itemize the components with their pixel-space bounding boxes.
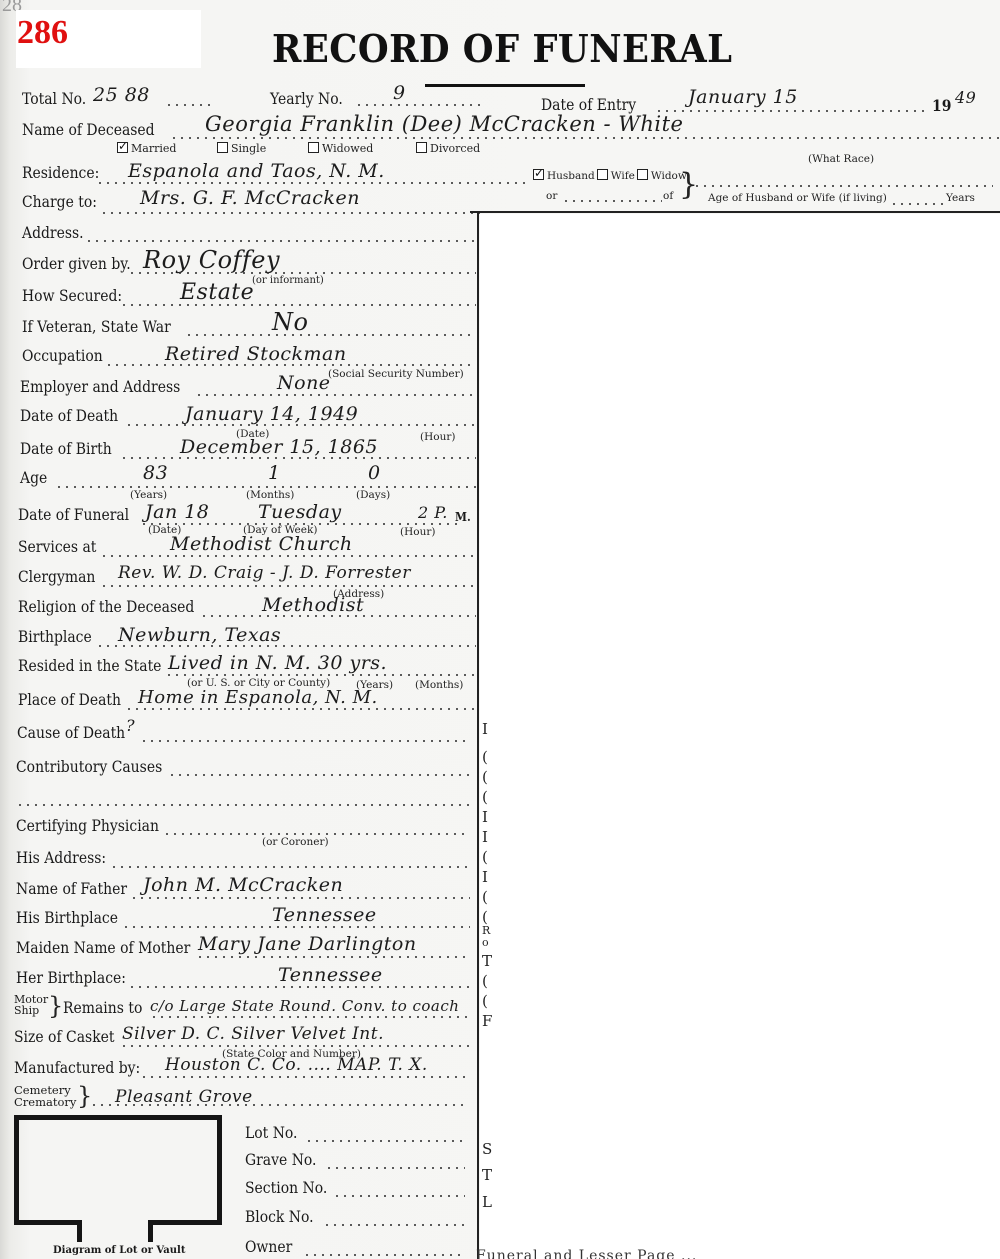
order-given-by-value: Roy Coffey [143,246,280,274]
maiden-name-of-mother-label: Maiden Name of Mother [16,939,190,957]
single-label: Single [231,142,266,155]
motor-ship-prefix: Motor Ship [14,994,48,1016]
diagram-leg-left [77,1220,82,1242]
funeral-day-value: Tuesday [258,501,342,523]
motor-ship-brace: } [48,994,63,1018]
spouse-dots [693,185,993,187]
entry-year-suffix: 49 [955,88,976,107]
ssn-caption: (Social Security Number) [328,368,464,380]
clergyman-dots [100,585,476,587]
funeral-hour-caption: (Hour) [400,526,435,538]
widowed-label: Widowed [322,142,373,155]
right-stub: I [482,720,488,738]
wife-label: Wife [611,170,635,182]
religion-label: Religion of the Deceased [18,598,194,616]
total-no-dots [165,104,213,106]
document-title: RECORD OF FUNERAL [272,26,732,71]
resided-months-caption: (Months) [415,679,463,691]
date-of-death-dots [125,424,476,426]
charge-to-label: Charge to: [22,193,97,211]
her-birthplace-value: Tennessee [278,964,383,986]
name-of-father-value: John M. McCracken [143,874,343,896]
right-stub: I [482,808,488,826]
block-no-dots[interactable] [323,1224,465,1226]
grave-no-label: Grave No. [245,1151,316,1169]
manufactured-by-dots [140,1076,470,1078]
right-stub: ( [482,768,488,786]
her-birthplace-label: Her Birthplace: [16,969,126,987]
cause-of-death-label: Cause of Death [17,724,125,742]
birthplace-dots [96,645,476,647]
date-of-death-value: January 14, 1949 [185,403,358,425]
date-of-birth-label: Date of Birth [20,440,112,458]
section-no-label: Section No. [245,1179,327,1197]
occupation-dots [105,364,476,366]
days-caption: (Days) [356,489,390,501]
crematory-label: Crematory [14,1096,76,1108]
his-birthplace-label: His Birthplace [16,909,118,927]
race-caption: (What Race) [808,153,874,165]
charge-to-dots [100,212,480,214]
right-stub: I [482,828,488,846]
size-of-casket-dots [120,1045,470,1047]
funeral-meridiem: M. [455,510,471,524]
marital-married[interactable]: Married [117,142,176,155]
bottom-cut-text: Funeral and Lesser Page ... [476,1248,697,1259]
residence-label: Residence: [22,164,99,182]
header-rule [470,211,1000,213]
funeral-date-value: Jan 18 [145,501,209,523]
lot-diagram-box [14,1115,222,1225]
services-at-value: Methodist Church [170,533,353,555]
owner-dots[interactable] [303,1254,465,1256]
lot-no-label: Lot No. [245,1124,298,1142]
cemetery-crematory-prefix: Cemetery Crematory [14,1084,76,1108]
death-hour-caption: (Hour) [420,431,455,443]
his-birthplace-dots [122,926,470,928]
date-of-birth-dots [120,457,476,459]
age-label: Age [20,469,47,487]
charge-to-value: Mrs. G. F. McCracken [140,187,360,209]
resided-label: Resided in the State [18,657,161,675]
contributory-causes-dots-2[interactable] [16,804,470,806]
husband-label: Husband [547,170,595,182]
date-of-entry-dots [655,110,930,112]
lot-no-dots[interactable] [305,1140,465,1142]
diagram-leg-right [148,1220,153,1242]
date-of-entry-value: January 15 [688,86,798,108]
husband-checkbox[interactable] [533,169,544,180]
widow-checkbox[interactable] [637,169,648,180]
divorced-checkbox[interactable] [416,142,427,153]
clergyman-label: Clergyman [18,568,95,586]
size-of-casket-value: Silver D. C. Silver Velvet Int. [122,1024,384,1044]
diagram-caption: Diagram of Lot or Vault [53,1245,185,1256]
right-blank-area [480,214,1000,1259]
name-of-deceased-value: Georgia Franklin (Dee) McCracken - White [205,112,683,136]
total-no-label: Total No. [22,90,86,108]
name-of-father-dots [130,897,470,899]
his-birthplace-value: Tennessee [272,904,377,926]
column-divider [477,212,479,1259]
name-of-father-label: Name of Father [16,880,127,898]
years-caption: (Years) [130,489,167,501]
marital-single[interactable]: Single [217,142,266,155]
date-of-funeral-label: Date of Funeral [18,506,129,524]
place-of-death-label: Place of Death [18,691,121,709]
marital-divorced[interactable]: Divorced [416,142,480,155]
widowed-checkbox[interactable] [308,142,319,153]
or-label: or [546,190,557,202]
manufactured-by-value: Houston C. Co. .... MAP. T. X. [165,1055,428,1075]
right-stub: ( [482,748,488,766]
married-label: Married [131,142,176,155]
order-given-by-label: Order given by. [22,255,131,273]
veteran-dots [185,334,476,336]
or-dots [562,200,662,202]
religion-value: Methodist [262,594,364,616]
right-stub: F [482,1012,492,1030]
how-secured-dots [120,304,476,306]
diagram-bottom-left [14,1220,82,1225]
remains-to-label: Remains to [63,999,142,1017]
right-stub: T [482,1166,492,1184]
right-stub: o [482,936,489,949]
his-address-label: His Address: [16,849,106,867]
age-months-value: 1 [268,462,281,484]
name-of-deceased-label: Name of Deceased [22,121,155,139]
age-dots [55,486,476,488]
block-no-label: Block No. [245,1208,314,1226]
contributory-causes-label: Contributory Causes [16,758,162,776]
employer-value: None [277,372,331,394]
married-checkbox[interactable] [117,142,128,153]
name-dots [170,137,1000,139]
cause-of-death-dots[interactable] [140,740,470,742]
veteran-label: If Veteran, State War [22,318,171,336]
place-of-death-dots [125,708,476,710]
funeral-record-page: 28 286 RECORD OF FUNERAL Total No. 25 88… [0,0,1000,1259]
right-stub: I [482,868,488,886]
his-address-dots[interactable] [110,866,470,868]
right-stub: T [482,952,492,970]
cemetery-dots [90,1104,468,1106]
employer-dots [195,394,476,396]
remains-to-value: c/o Large State Round. Conv. to coach [150,997,459,1015]
how-secured-label: How Secured: [22,287,122,305]
religion-dots [200,615,476,617]
residence-value: Espanola and Taos, N. M. [128,160,385,182]
employer-label: Employer and Address [20,378,180,396]
single-checkbox[interactable] [217,142,228,153]
grave-no-dots[interactable] [325,1167,465,1169]
owner-label: Owner [245,1238,292,1256]
months-caption: (Months) [246,489,294,501]
veteran-value: No [272,308,308,336]
occupation-label: Occupation [22,347,103,365]
spouse-age-dots [890,203,945,205]
spouse-age-unit: Years [946,192,975,204]
right-stub: ( [482,972,488,990]
marital-widowed[interactable]: Widowed [308,142,373,155]
services-at-dots [100,555,476,557]
certifying-physician-label: Certifying Physician [16,817,159,835]
yearly-no-label: Yearly No. [270,90,343,108]
page-number: 286 [17,14,68,52]
yearly-no-dots [355,104,485,106]
divorced-label: Divorced [430,142,480,155]
place-of-death-value: Home in Espanola, N. M. [138,687,378,708]
ship-label: Ship [14,1005,48,1016]
manufactured-by-label: Manufactured by: [14,1059,140,1077]
her-birthplace-dots [128,986,470,988]
wife-checkbox[interactable] [597,169,608,180]
entry-year-prefix: 19 [932,96,951,115]
informant-caption: (or informant) [252,275,324,286]
right-stub: ( [482,888,488,906]
yearly-no-value: 9 [393,82,406,104]
residence-dots [96,182,526,184]
address-dots[interactable] [85,240,475,242]
date-of-death-label: Date of Death [20,407,118,425]
maiden-name-dots [196,956,470,958]
birthplace-label: Birthplace [18,628,92,646]
diagram-bottom-right [148,1220,222,1225]
spouse-age-label: Age of Husband or Wife (if living) [708,192,887,204]
funeral-hour-value: 2 P. [418,503,448,522]
order-given-by-dots [128,272,476,274]
coroner-caption: (or Coroner) [262,836,329,848]
section-no-dots[interactable] [333,1195,465,1197]
date-of-birth-value: December 15, 1865 [180,436,378,458]
cause-of-death-value: ? [126,716,135,735]
resided-dots [165,674,476,676]
right-stub: ( [482,848,488,866]
right-stub: ( [482,788,488,806]
resided-value: Lived in N. M. 30 yrs. [168,652,387,674]
remains-to-dots [150,1016,470,1018]
certifying-physician-dots[interactable] [163,833,470,835]
occupation-value: Retired Stockman [165,343,347,365]
how-secured-value: Estate [180,280,254,305]
services-at-label: Services at [18,538,96,556]
age-days-value: 0 [368,462,381,484]
right-stub: L [482,1193,492,1211]
size-of-casket-label: Size of Casket [14,1028,115,1046]
clergyman-value: Rev. W. D. Craig - J. D. Forrester [118,563,411,583]
address-label: Address. [22,224,84,242]
relation-options: HusbandWifeWidow [533,169,687,182]
title-underline [425,84,585,87]
maiden-name-of-mother-value: Mary Jane Darlington [198,933,417,955]
of-label: of [663,190,673,202]
total-no-value: 25 88 [93,84,150,106]
contributory-causes-dots[interactable] [168,774,470,776]
birthplace-value: Newburn, Texas [118,624,281,646]
right-stub: ( [482,992,488,1010]
right-stub: S [482,1140,492,1158]
age-years-value: 83 [143,462,168,484]
